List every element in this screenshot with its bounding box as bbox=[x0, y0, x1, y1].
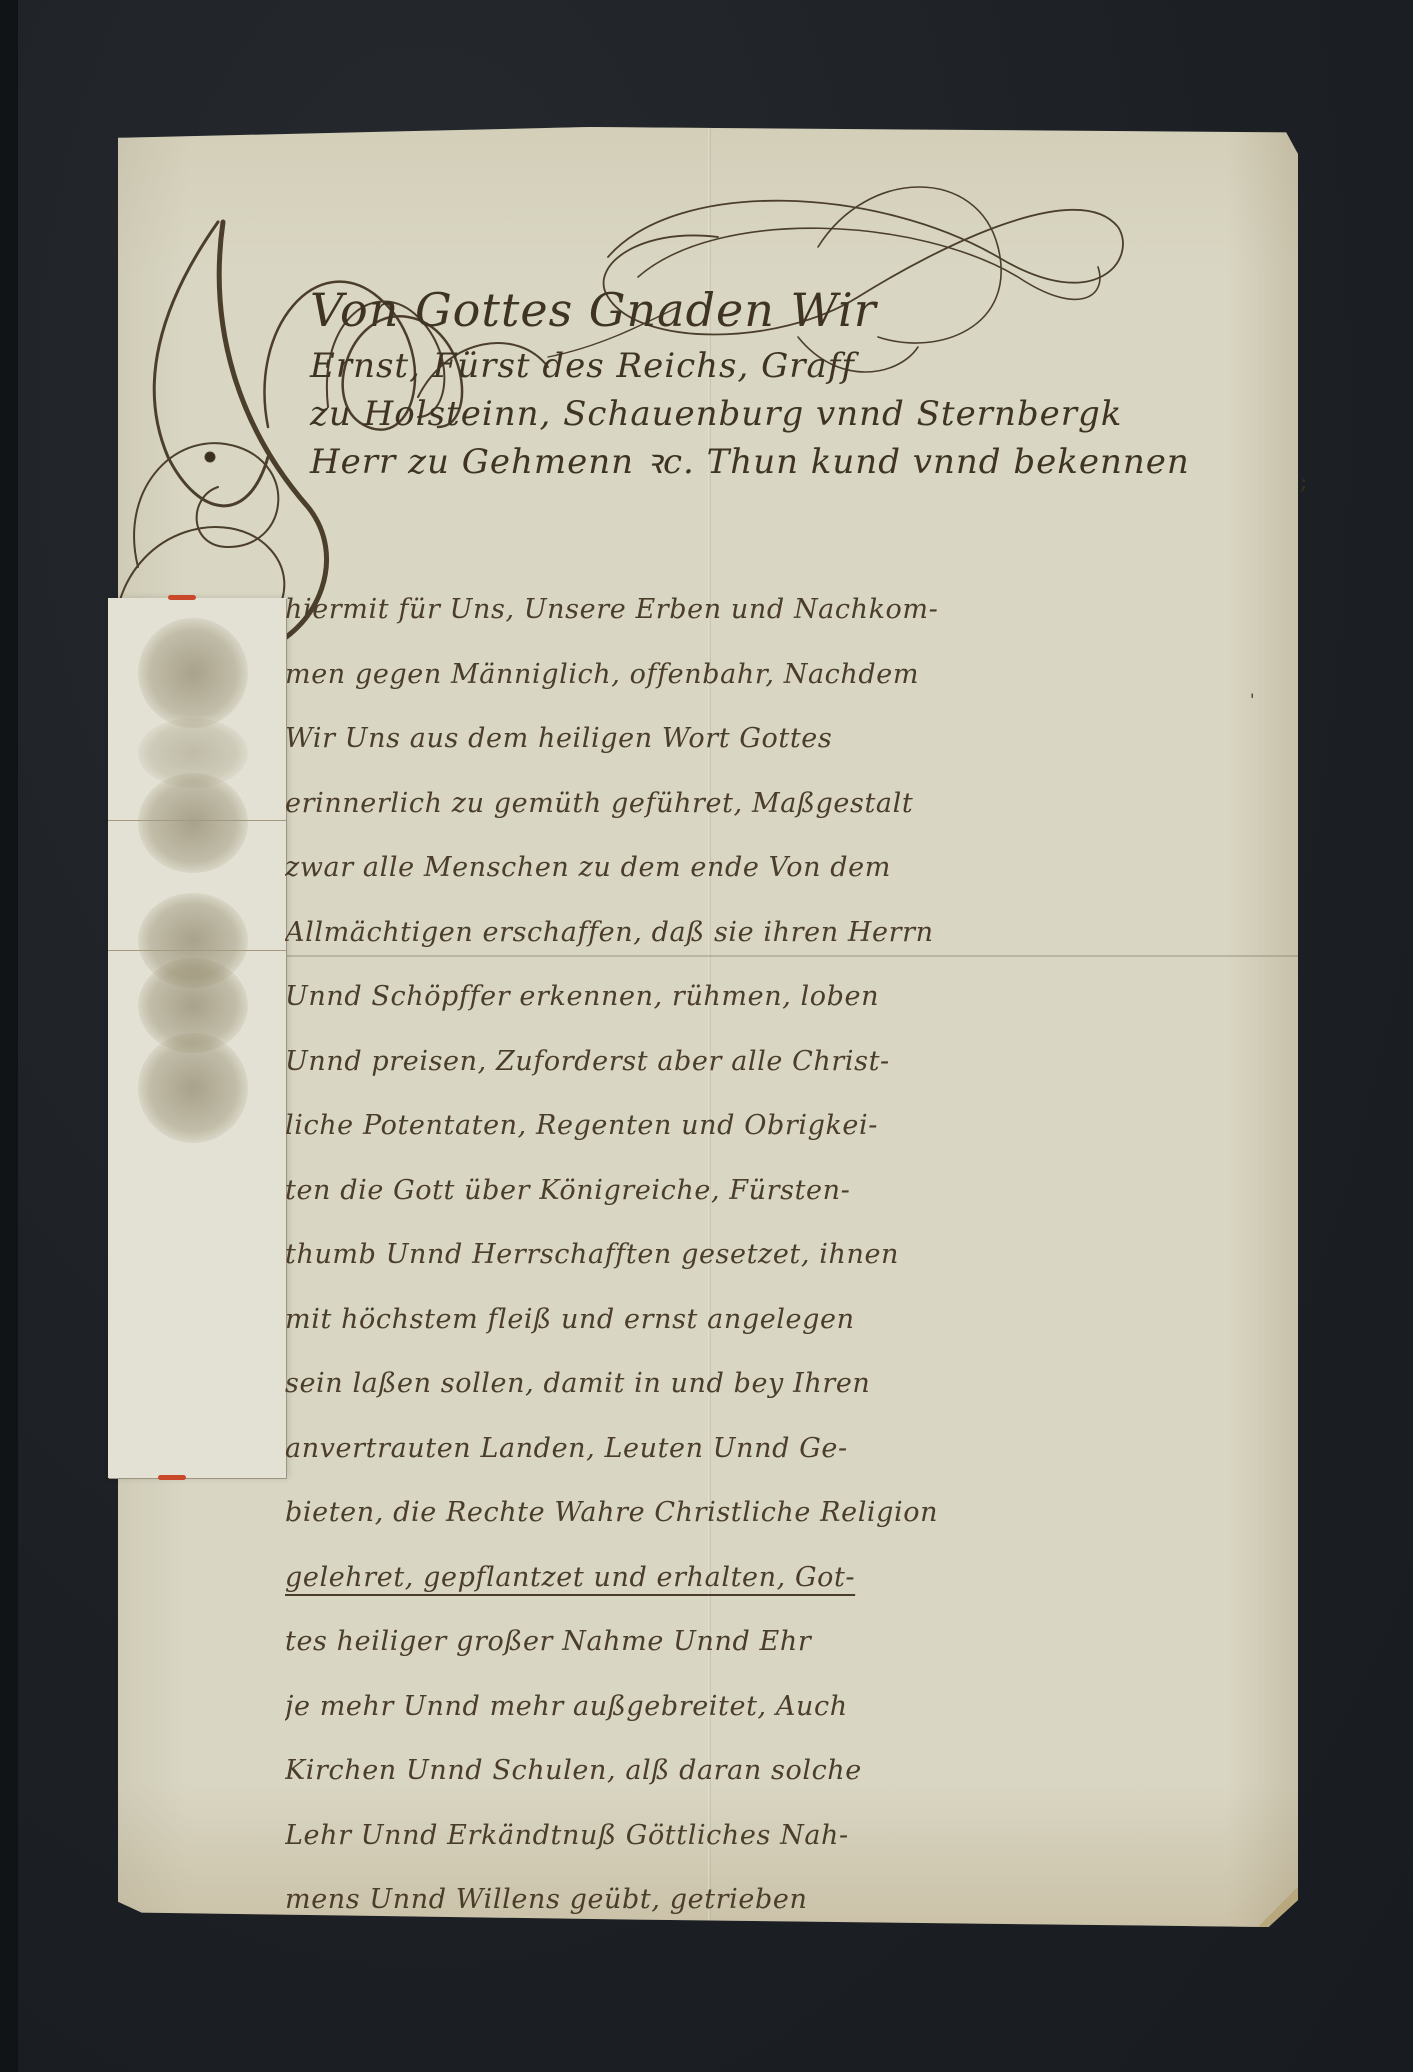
text-line: men gegen Männiglich, offenbahr, Nachdem bbox=[285, 643, 1245, 708]
text-line: Lehr Unnd Erkändtnuß Göttliches Nah- bbox=[285, 1804, 1245, 1869]
red-wax-trace bbox=[158, 1475, 186, 1480]
text-line: anvertrauten Landen, Leuten Unnd Ge- bbox=[285, 1417, 1245, 1482]
text-line: Allmächtigen erschaffen, daß sie ihren H… bbox=[285, 901, 1245, 966]
red-wax-trace bbox=[168, 595, 196, 600]
seal-impression bbox=[138, 618, 248, 728]
seal-impression bbox=[138, 1033, 248, 1143]
heading-line: zu Holsteinn, Schauenburg vnnd Sternberg… bbox=[310, 390, 1230, 438]
text-line: Wir Uns aus dem heiligen Wort Gottes bbox=[285, 707, 1245, 772]
strip-segment-divider bbox=[108, 950, 286, 951]
text-line: zwar alle Menschen zu dem ende Von dem bbox=[285, 836, 1245, 901]
margin-mark: ; bbox=[1300, 470, 1307, 495]
text-line: je mehr Unnd mehr außgebreitet, Auch bbox=[285, 1675, 1245, 1740]
body-text: hiermit für Uns, Unsere Erben und Nachko… bbox=[285, 578, 1245, 1933]
text-line: hiermit für Uns, Unsere Erben und Nachko… bbox=[285, 578, 1245, 643]
text-line: liche Potentaten, Regenten und Obrigkei- bbox=[285, 1094, 1245, 1159]
strip-segment-divider bbox=[108, 820, 286, 821]
mount-left-edge bbox=[0, 0, 18, 2072]
text-line: Unnd preisen, Zuforderst aber alle Chris… bbox=[285, 1030, 1245, 1095]
heading-block: Von Gottes Gnaden Wir Ernst, Fürst des R… bbox=[270, 278, 1230, 486]
text-line: mit höchstem fleiß und ernst angelegen bbox=[285, 1288, 1245, 1353]
heading-line: Ernst, Fürst des Reichs, Graff bbox=[310, 342, 1230, 390]
text-line-underlined: gelehret, gepflantzet und erhalten, Got- bbox=[285, 1546, 1245, 1611]
seal-impression bbox=[138, 773, 248, 873]
text-line: tes heiliger großer Nahme Unnd Ehr bbox=[285, 1610, 1245, 1675]
margin-mark: ' bbox=[1250, 690, 1254, 709]
text-line: erinnerlich zu gemüth geführet, Maßgesta… bbox=[285, 772, 1245, 837]
text-line: Kirchen Unnd Schulen, alß daran solche bbox=[285, 1739, 1245, 1804]
text-line: ten die Gott über Königreiche, Fürsten- bbox=[285, 1159, 1245, 1224]
heading-line: Von Gottes Gnaden Wir bbox=[310, 278, 1230, 342]
text-line: Unnd Schöpffer erkennen, rühmen, loben bbox=[285, 965, 1245, 1030]
text-line: sein laßen sollen, damit in und bey Ihre… bbox=[285, 1352, 1245, 1417]
seal-strip bbox=[108, 598, 286, 1478]
heading-line: Herr zu Gehmenn ꝛc. Thun kund vnnd beken… bbox=[310, 438, 1230, 486]
text-line: mens Unnd Willens geübt, getrieben bbox=[285, 1868, 1245, 1933]
text-line: thumb Unnd Herrschafften gesetzet, ihnen bbox=[285, 1223, 1245, 1288]
text-line: bieten, die Rechte Wahre Christliche Rel… bbox=[285, 1481, 1245, 1546]
